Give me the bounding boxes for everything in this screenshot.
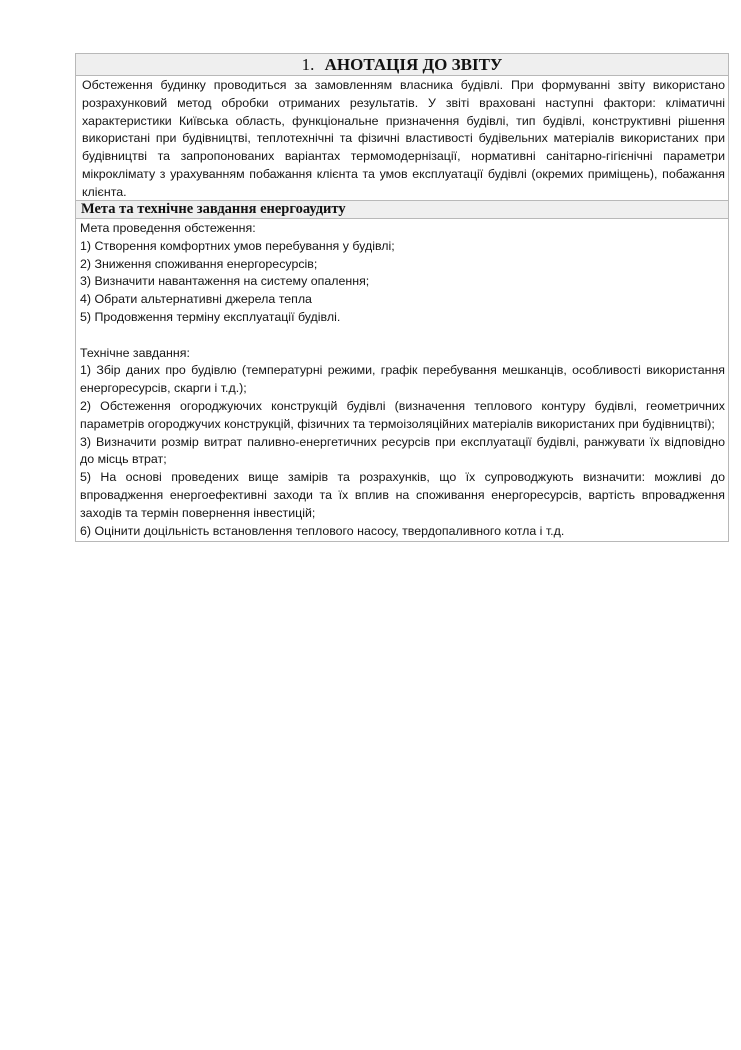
section-number: 1. (302, 55, 315, 74)
purpose-item: 4) Обрати альтернативні джерела тепла (80, 291, 725, 309)
spacer (80, 327, 725, 345)
purpose-item: 5) Продовження терміну експлуатації буді… (80, 309, 725, 327)
annotation-cell: Обстеження будинку проводиться за замовл… (76, 76, 728, 201)
task-item: 6) Оцінити доцільність встановлення тепл… (80, 523, 725, 541)
task-item: 5) На основі проведених вище замірів та … (80, 469, 725, 522)
task-item: 1) Збір даних про будівлю (температурні … (80, 362, 725, 398)
goals-section-header: Мета та технічне завдання енергоаудиту (76, 201, 728, 219)
purpose-heading: Мета проведення обстеження: (80, 220, 725, 238)
purpose-item: 1) Створення комфортних умов перебування… (80, 238, 725, 256)
purpose-item: 2) Зниження споживання енергоресурсів; (80, 256, 725, 274)
task-item: 2) Обстеження огороджуючих конструкцій б… (80, 398, 725, 434)
task-item: 3) Визначити розмір витрат паливно-енерг… (80, 434, 725, 470)
annotation-text: Обстеження будинку проводиться за замовл… (82, 77, 725, 202)
task-heading: Технічне завдання: (80, 345, 725, 363)
purpose-item: 3) Визначити навантаження на систему опа… (80, 273, 725, 291)
report-annotation-table: 1. АНОТАЦІЯ ДО ЗВІТУ Обстеження будинку … (75, 53, 729, 542)
goals-cell: Мета проведення обстеження: 1) Створення… (76, 219, 728, 541)
section-title: 1. АНОТАЦІЯ ДО ЗВІТУ (76, 54, 728, 76)
section-title-text: АНОТАЦІЯ ДО ЗВІТУ (325, 55, 503, 74)
